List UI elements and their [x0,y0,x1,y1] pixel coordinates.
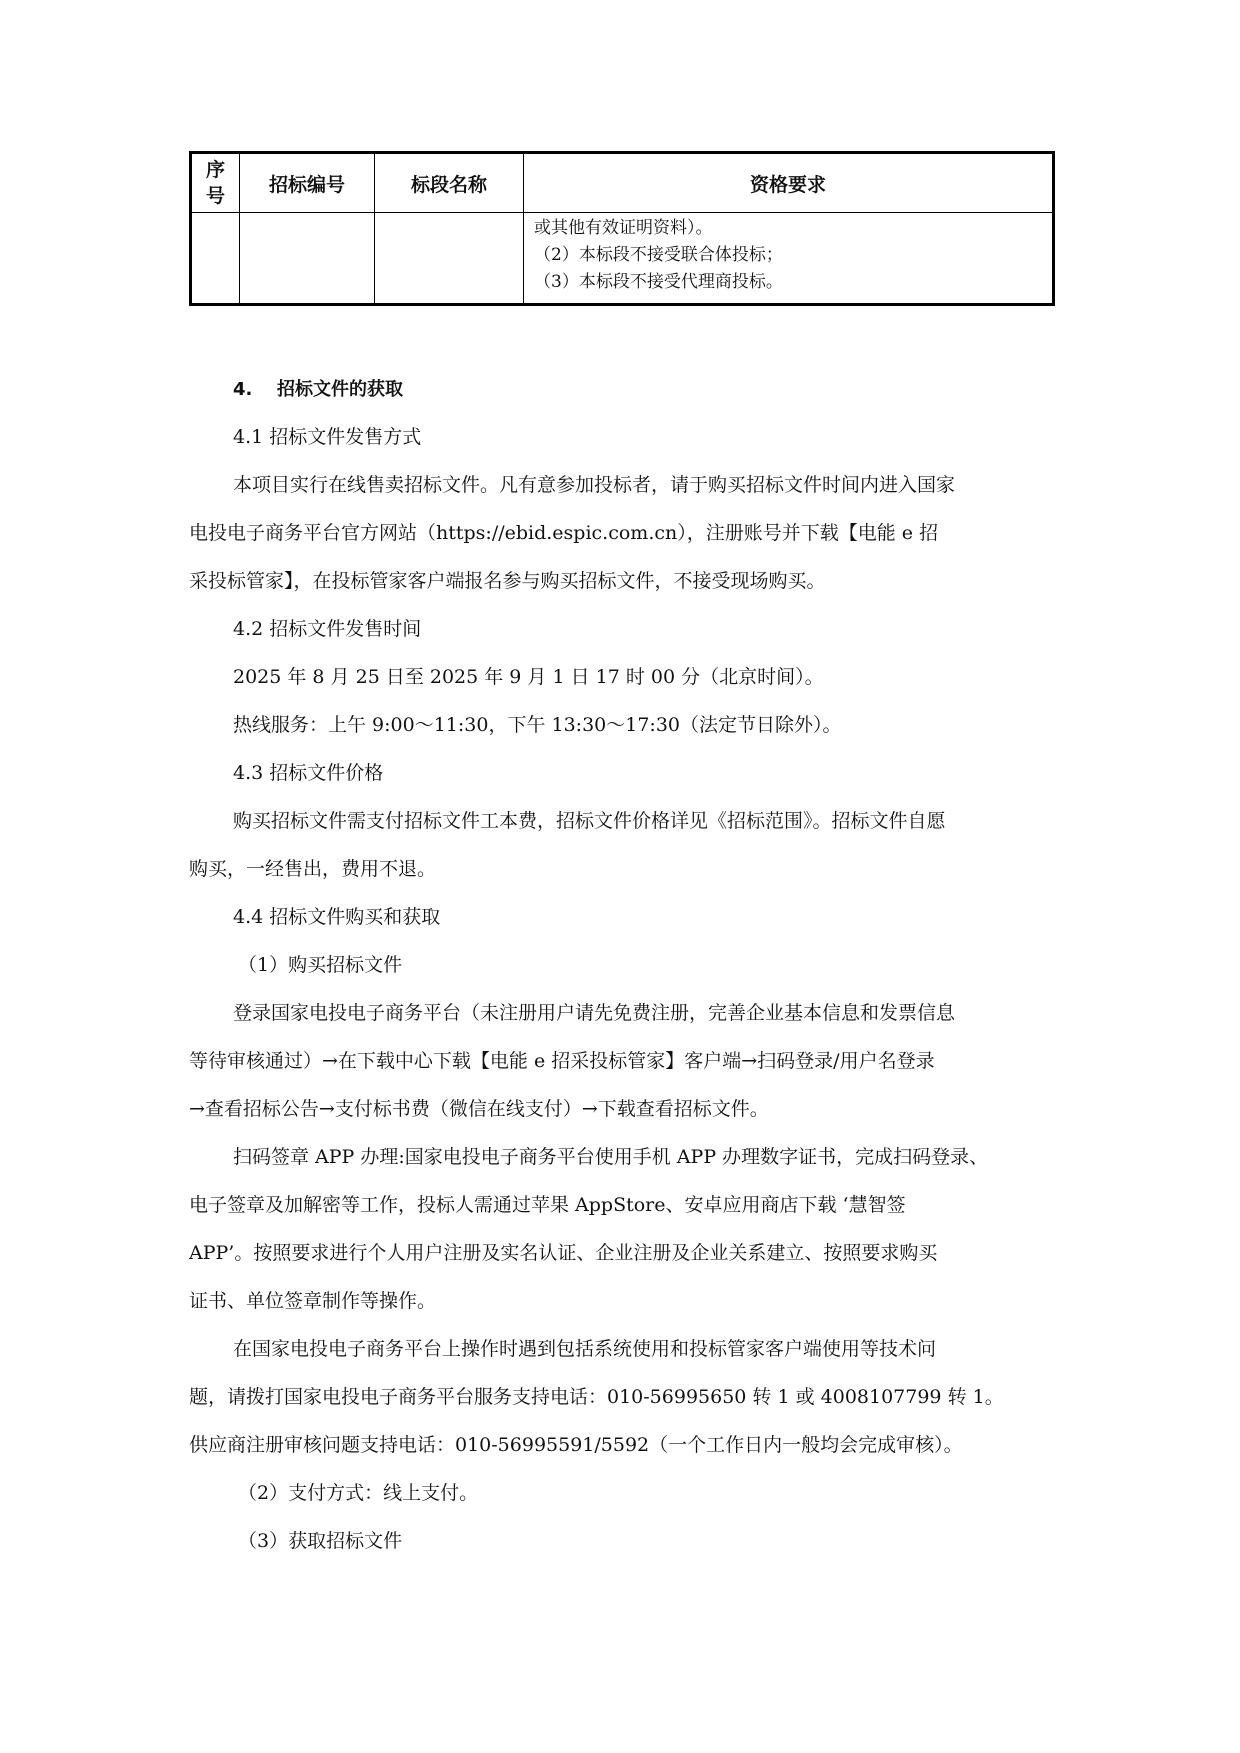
table-header-row: 序 号 招标编号 标段名称 资格要求 [191,153,1054,213]
header-seq-line-1: 序 [192,157,239,183]
subsection-heading: 4.2 招标文件发售时间 [233,615,1096,643]
paragraph-line: 登录国家电投电子商务平台（未注册用户请先免费注册，完善企业基本信息和发票信息 [233,999,1096,1027]
list-item-heading: （3）获取招标文件 [238,1527,1101,1555]
section-number: 4. [233,376,277,404]
paragraph-line: 在国家电投电子商务平台上操作时遇到包括系统使用和投标管家客户端使用等技术问 [233,1335,1096,1363]
paragraph-line: 等待审核通过）→在下载中心下载【电能 e 招采投标管家】客户端→扫码登录/用户名… [189,1047,1052,1075]
header-lot-name: 标段名称 [375,153,524,213]
paragraph-line: 电投电子商务平台官方网站（https://ebid.espic.com.cn），… [189,519,1052,547]
table-row: 或其他有效证明资料）。 （2）本标段不接受联合体投标； （3）本标段不接受代理商… [191,213,1054,305]
document-page: 序 号 招标编号 标段名称 资格要求 或其他有效证明资料）。 （2）本标段不接受… [0,0,1240,1753]
paragraph-line: APP’。按照要求进行个人用户注册及实名认证、企业注册及企业关系建立、按照要求购… [189,1239,1052,1267]
paragraph-line: 采投标管家】，在投标管家客户端报名参与购买招标文件，不接受现场购买。 [189,567,1052,595]
paragraph-line: 证书、单位签章制作等操作。 [189,1287,1052,1315]
requirement-line: （2）本标段不接受联合体投标； [534,242,1052,269]
requirement-line: （3）本标段不接受代理商投标。 [534,269,1052,296]
paragraph-line: 热线服务：上午 9:00～11:30，下午 13:30～17:30（法定节日除外… [233,711,1096,739]
paragraph-line: 扫码签章 APP 办理:国家电投电子商务平台使用手机 APP 办理数字证书，完成… [233,1143,1096,1171]
cell-bid-number [240,213,375,305]
header-requirements: 资格要求 [524,153,1054,213]
qualification-table: 序 号 招标编号 标段名称 资格要求 或其他有效证明资料）。 （2）本标段不接受… [189,151,1055,306]
cell-requirements: 或其他有效证明资料）。 （2）本标段不接受联合体投标； （3）本标段不接受代理商… [524,213,1054,305]
paragraph-line: 2025 年 8 月 25 日至 2025 年 9 月 1 日 17 时 00 … [233,663,1096,691]
header-seq: 序 号 [191,153,240,213]
subsection-heading: 4.4 招标文件购买和获取 [233,903,1096,931]
paragraph-line: 供应商注册审核问题支持电话：010-56995591/5592（一个工作日内一般… [189,1431,1052,1459]
section-heading: 4.招标文件的获取 [233,376,1096,404]
subsection-heading: 4.1 招标文件发售方式 [233,423,1096,451]
header-bid-number: 招标编号 [240,153,375,213]
requirement-line: 或其他有效证明资料）。 [534,215,1052,242]
paragraph-line: 购买，一经售出，费用不退。 [189,855,1052,883]
paragraph-line: 电子签章及加解密等工作，投标人需通过苹果 AppStore、安卓应用商店下载 ‘… [189,1191,1052,1219]
subsection-heading: 4.3 招标文件价格 [233,759,1096,787]
cell-lot-name [375,213,524,305]
header-seq-line-2: 号 [192,183,239,209]
list-item-heading: （1）购买招标文件 [238,951,1101,979]
cell-seq [191,213,240,305]
paragraph-line: →查看招标公告→支付标书费（微信在线支付）→下载查看招标文件。 [189,1095,1052,1123]
section-title: 招标文件的获取 [277,379,403,400]
list-item-heading: （2）支付方式：线上支付。 [238,1479,1101,1507]
paragraph-line: 购买招标文件需支付招标文件工本费，招标文件价格详见《招标范围》。招标文件自愿 [233,807,1096,835]
paragraph-line: 本项目实行在线售卖招标文件。凡有意参加投标者，请于购买招标文件时间内进入国家 [233,471,1096,499]
paragraph-line: 题，请拨打国家电投电子商务平台服务支持电话：010-56995650 转 1 或… [189,1383,1052,1411]
